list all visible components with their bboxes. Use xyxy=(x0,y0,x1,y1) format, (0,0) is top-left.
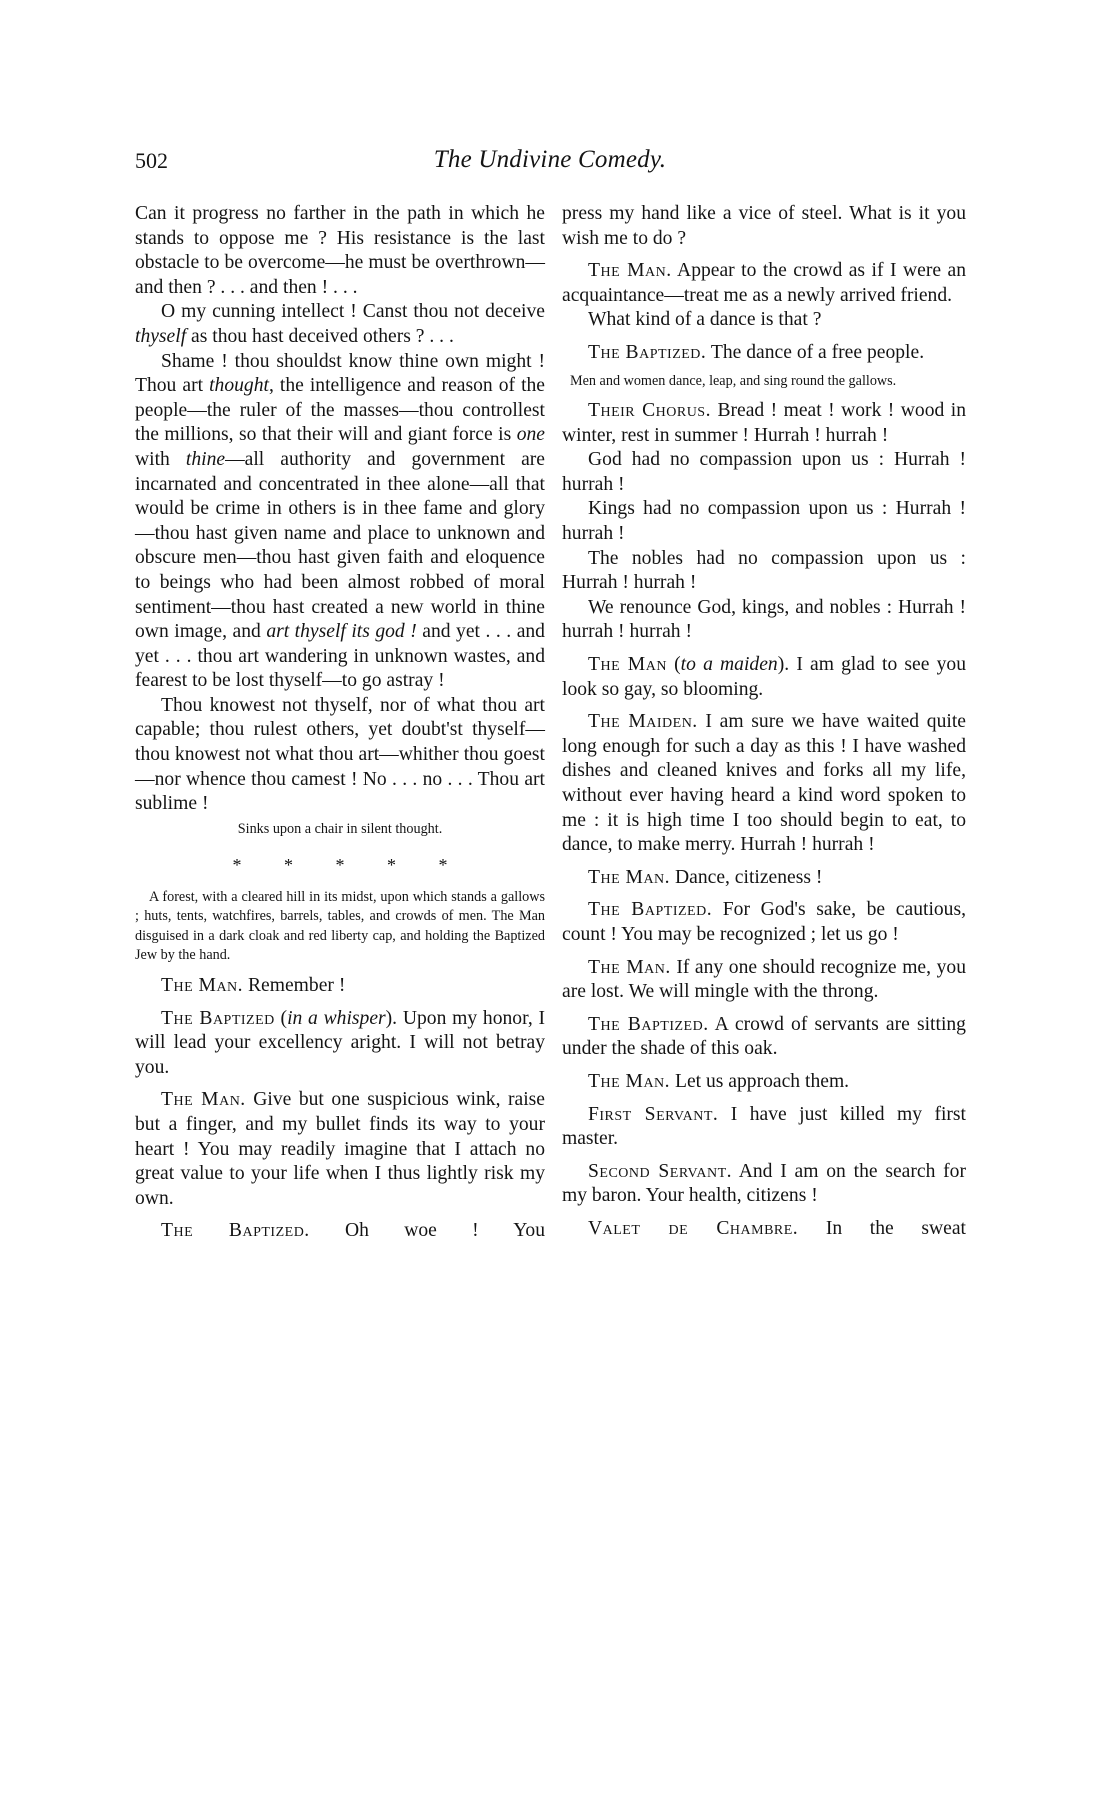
speaker-name: The Baptized. xyxy=(588,899,712,920)
chorus-line: The nobles had no compassion upon us : H… xyxy=(562,547,966,596)
speaker-name: The Baptized. xyxy=(161,1220,310,1241)
speaker-name: Their Chorus. xyxy=(588,400,711,421)
paragraph: press my hand like a vice of steel. What… xyxy=(562,202,966,251)
chorus-line: Their Chorus. Bread ! meat ! work ! wood… xyxy=(562,399,966,448)
speaker-name: The Man. xyxy=(161,1089,246,1110)
scene-description: A forest, with a cleared hill in its mid… xyxy=(135,888,545,966)
dialogue-line: The Maiden. I am sure we have waited qui… xyxy=(562,710,966,858)
speaker-name: The Baptized xyxy=(161,1008,275,1029)
speaker-name: The Man. xyxy=(588,957,671,978)
dialogue-line: The Man. Dance, citizeness ! xyxy=(562,866,966,891)
paragraph: Shame ! thou shouldst know thine own mig… xyxy=(135,350,545,694)
speaker-name: The Man. xyxy=(588,1071,670,1092)
running-title: The Undivine Comedy. xyxy=(135,146,965,174)
dialogue-line: What kind of a dance is that ? xyxy=(562,308,966,333)
speaker-name: First Servant. xyxy=(588,1104,718,1125)
paragraph: Can it progress no farther in the path i… xyxy=(135,202,545,300)
speaker-name: The Baptized. xyxy=(588,342,706,363)
chorus-line: We renounce God, kings, and nobles : Hur… xyxy=(562,596,966,645)
dialogue-line: The Baptized. For God's sake, be cautiou… xyxy=(562,898,966,947)
speaker-name: The Maiden. xyxy=(588,711,698,732)
stage-direction: Men and women dance, leap, and sing roun… xyxy=(562,372,966,392)
dialogue-line: The Baptized. A crowd of servants are si… xyxy=(562,1013,966,1062)
dialogue-line: The Baptized (in a whisper). Upon my hon… xyxy=(135,1007,545,1081)
speaker-name: The Man. xyxy=(588,260,672,281)
dialogue-line: First Servant. I have just killed my fir… xyxy=(562,1103,966,1152)
dialogue-line: Second Servant. And I am on the search f… xyxy=(562,1160,966,1209)
stage-direction: Sinks upon a chair in silent thought. xyxy=(135,820,545,840)
speaker-name: Second Servant. xyxy=(588,1161,732,1182)
dialogue-line: The Man (to a maiden). I am glad to see … xyxy=(562,653,966,702)
dialogue-line: The Man. Let us approach them. xyxy=(562,1070,966,1095)
speaker-name: The Man. xyxy=(161,975,243,996)
chorus-line: God had no compassion upon us : Hurrah !… xyxy=(562,448,966,497)
speaker-name: The Baptized. xyxy=(588,1014,709,1035)
dialogue-line: The Man. Appear to the crowd as if I wer… xyxy=(562,259,966,308)
paragraph: Thou knowest not thyself, nor of what th… xyxy=(135,694,545,817)
dialogue-line: The Man. If any one should recognize me,… xyxy=(562,956,966,1005)
right-column: press my hand like a vice of steel. What… xyxy=(562,202,966,1241)
page-header: 502 The Undivine Comedy. xyxy=(135,148,965,182)
dialogue-line: The Baptized. The dance of a free people… xyxy=(562,341,966,366)
speaker-name: The Man. xyxy=(588,867,670,888)
dialogue-line: The Man. Remember ! xyxy=(135,974,545,999)
dialogue-line: Valet de Chambre. In the sweat xyxy=(562,1217,966,1242)
paragraph: O my cunning intellect ! Canst thou not … xyxy=(135,300,545,349)
speaker-name: The Man xyxy=(588,654,667,675)
left-column: Can it progress no farther in the path i… xyxy=(135,202,545,1244)
chorus-line: Kings had no compassion upon us : Hurrah… xyxy=(562,497,966,546)
dialogue-line: The Man. Give but one suspicious wink, r… xyxy=(135,1088,545,1211)
speaker-name: Valet de Chambre. xyxy=(588,1218,798,1239)
section-break: * * * * * xyxy=(135,853,545,878)
dialogue-line: The Baptized. Oh woe ! You xyxy=(135,1219,545,1244)
